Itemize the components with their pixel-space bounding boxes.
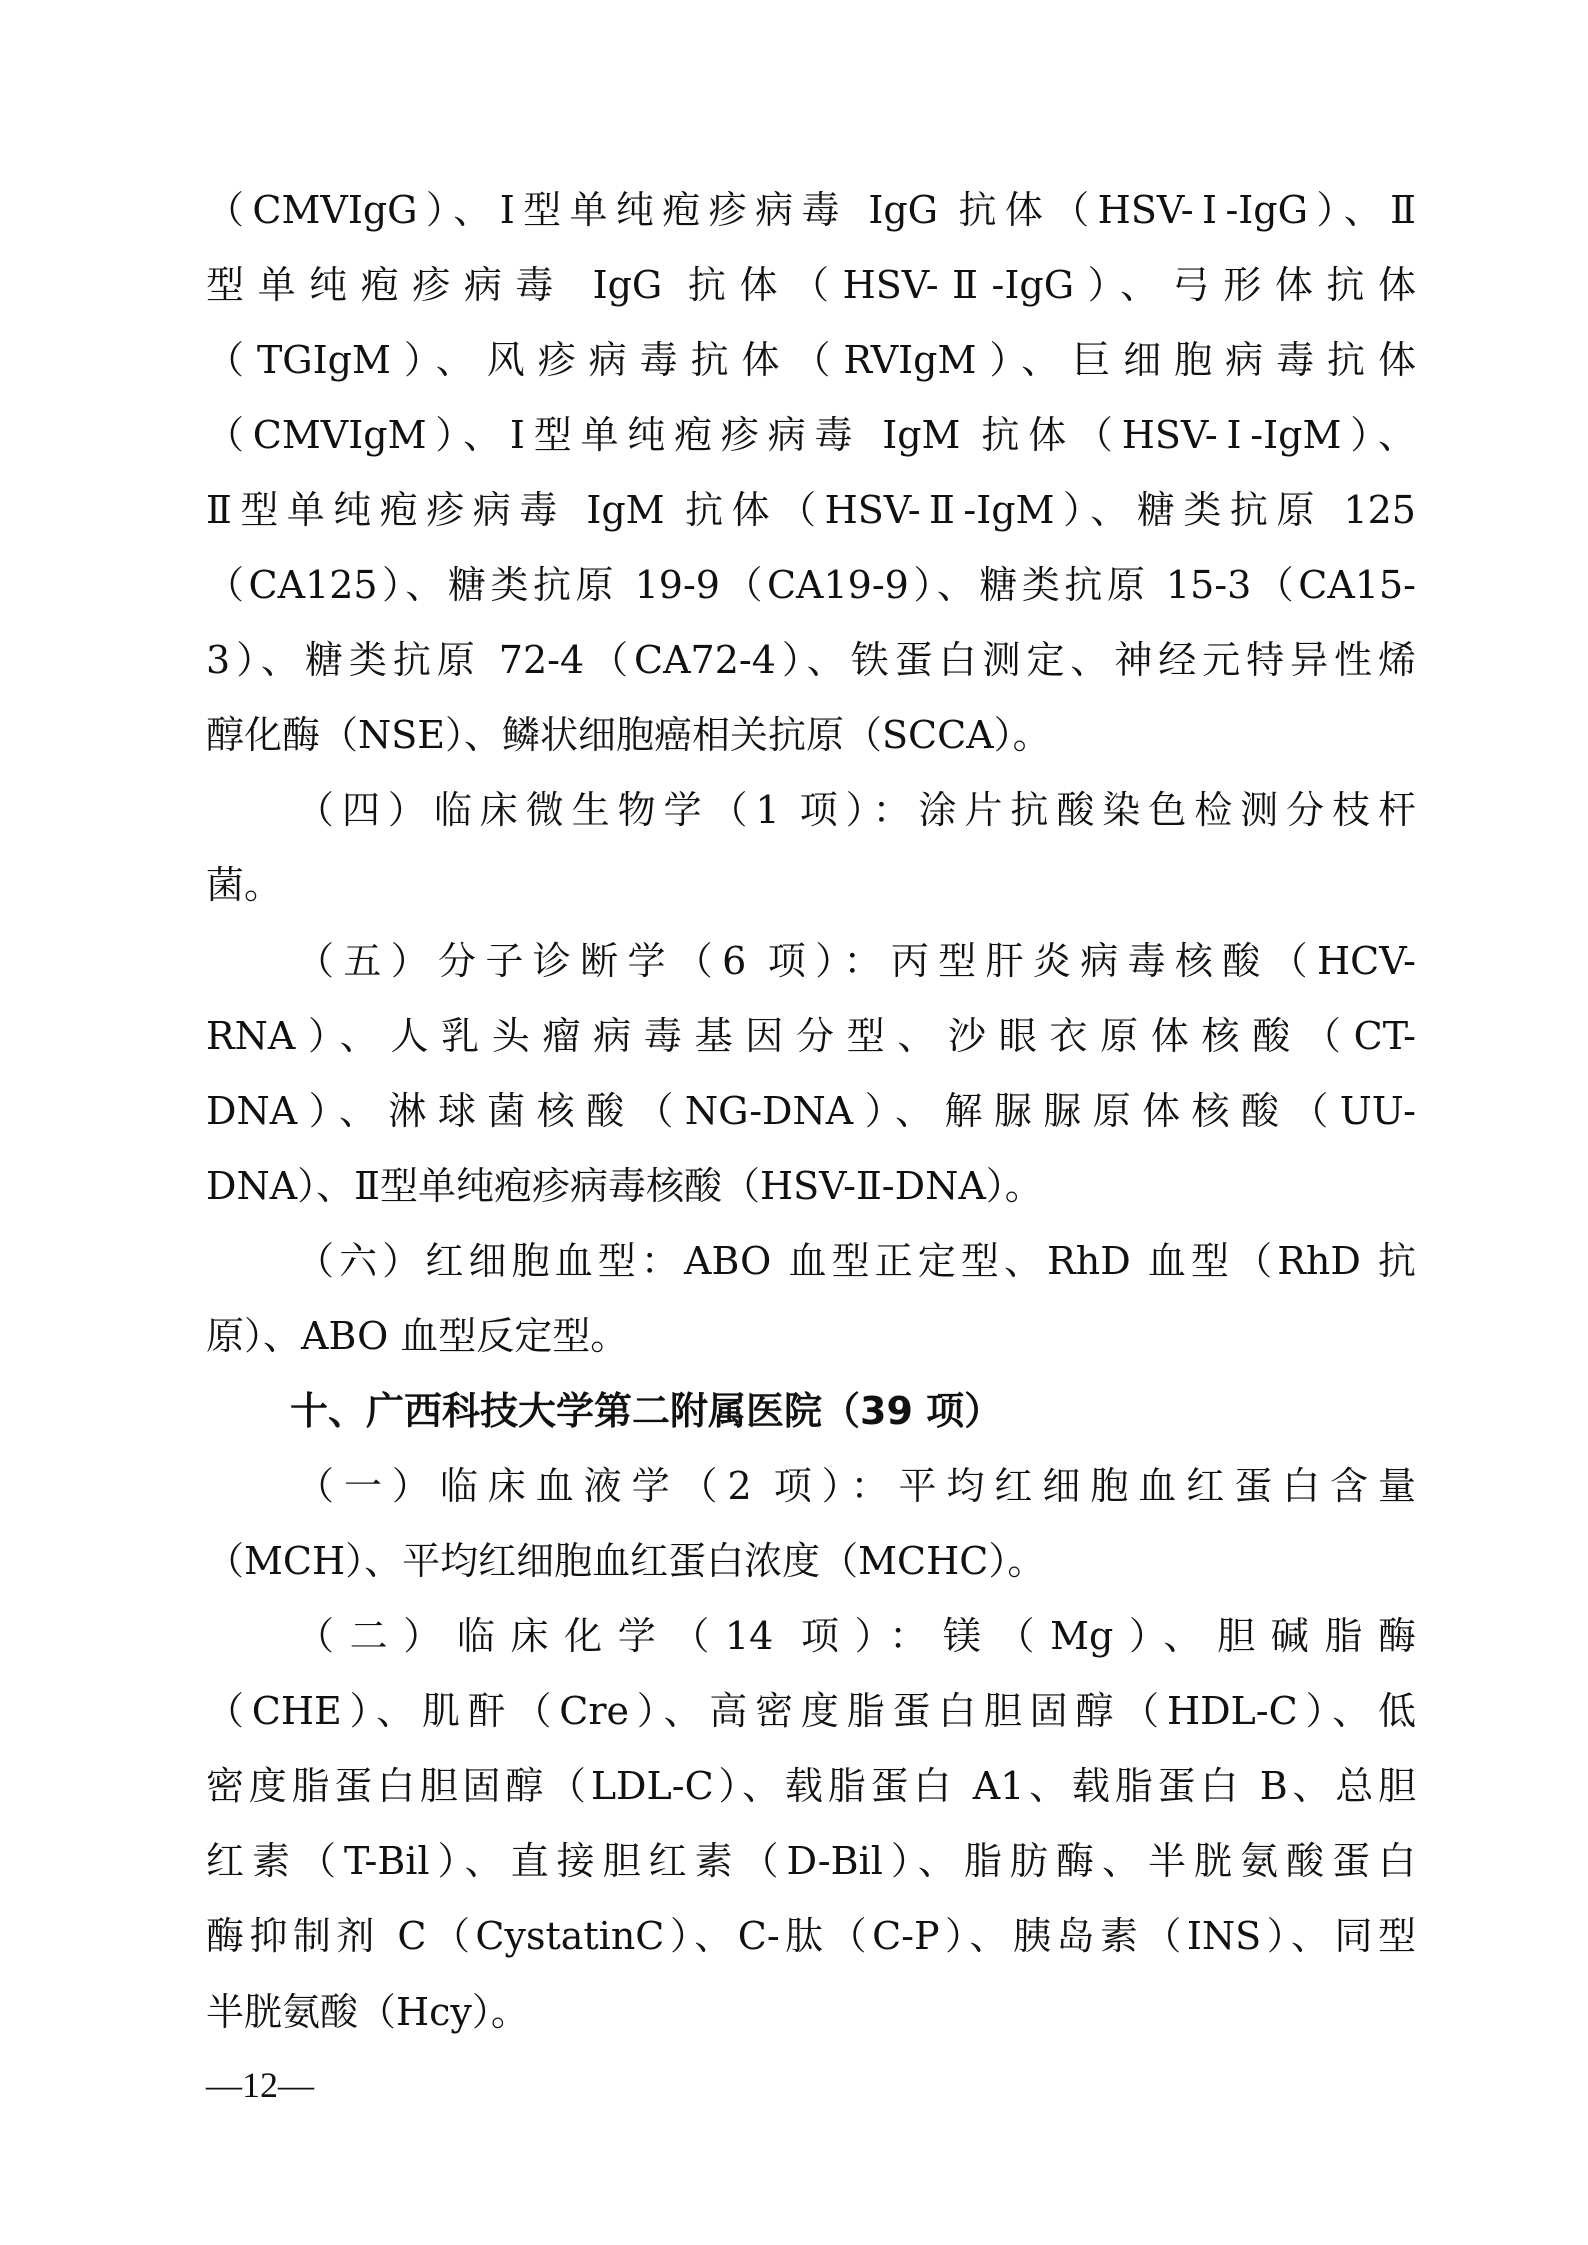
text-line-21: （CHE）、肌酐（Cre）、高密度脂蛋白胆固醇（HDL-C）、低 — [206, 1686, 1416, 1736]
text-line-8: 醇化酶（NSE）、鳞状细胞癌相关抗原（SCCA）。 — [206, 710, 1416, 760]
text-line-22: 密度脂蛋白胆固醇（LDL-C）、载脂蛋白 A1、载脂蛋白 B、总胆 — [206, 1761, 1416, 1811]
text-line-6: （CA125）、糖类抗原 19-9（CA19-9）、糖类抗原 15-3（CA15… — [206, 560, 1416, 610]
text-line-3: （TGIgM）、风疹病毒抗体（RVIgM）、巨细胞病毒抗体 — [206, 335, 1416, 385]
section-hematology: （一）临床血液学（2 项）：平均红细胞血红蛋白含量 — [296, 1461, 1416, 1511]
text-line-5: Ⅱ型单纯疱疹病毒 IgM 抗体（HSV-Ⅱ-IgM）、糖类抗原 125 — [206, 485, 1416, 535]
text-line-2: 型单纯疱疹病毒 IgG 抗体（HSV-Ⅱ-IgG）、弓形体抗体 — [206, 260, 1416, 310]
section-clinical-chemistry: （二）临床化学（14 项）：镁（Mg）、胆碱脂酶 — [296, 1611, 1416, 1661]
section-molecular-diagnostics: （五）分子诊断学（6 项）：丙型肝炎病毒核酸（HCV- — [296, 936, 1416, 986]
page-number: —12— — [206, 2062, 314, 2108]
text-line-1: （CMVIgG）、Ⅰ型单纯疱疹病毒 IgG 抗体（HSV-Ⅰ-IgG）、Ⅱ — [206, 185, 1416, 235]
text-line-19: （MCH）、平均红细胞血红蛋白浓度（MCHC）。 — [206, 1536, 1416, 1586]
hospital-heading: 十、广西科技大学第二附属医院（39 项） — [290, 1386, 1416, 1436]
text-line-23: 红素（T-Bil）、直接胆红素（D-Bil）、脂肪酶、半胱氨酸蛋白 — [206, 1836, 1416, 1886]
text-line-10: 菌。 — [206, 860, 1416, 910]
section-blood-type: （六）红细胞血型：ABO 血型正定型、RhD 血型（RhD 抗 — [296, 1236, 1416, 1286]
text-line-13: DNA）、淋球菌核酸（NG-DNA）、解脲脲原体核酸（UU- — [206, 1086, 1416, 1136]
text-line-12: RNA）、人乳头瘤病毒基因分型、沙眼衣原体核酸（CT- — [206, 1011, 1416, 1061]
text-line-4: （CMVIgM）、Ⅰ型单纯疱疹病毒 IgM 抗体（HSV-Ⅰ-IgM）、 — [206, 410, 1416, 460]
text-line-14: DNA）、Ⅱ型单纯疱疹病毒核酸（HSV-Ⅱ-DNA）。 — [206, 1161, 1416, 1211]
text-line-25: 半胱氨酸（Hcy）。 — [206, 1987, 1416, 2037]
text-line-24: 酶抑制剂 C（CystatinC）、C-肽（C-P）、胰岛素（INS）、同型 — [206, 1911, 1416, 1961]
text-line-7: 3）、糖类抗原 72-4（CA72-4）、铁蛋白测定、神经元特异性烯 — [206, 635, 1416, 685]
section-microbiology: （四）临床微生物学（1 项）：涂片抗酸染色检测分枝杆 — [296, 785, 1416, 835]
document-page: （CMVIgG）、Ⅰ型单纯疱疹病毒 IgG 抗体（HSV-Ⅰ-IgG）、Ⅱ 型单… — [0, 0, 1588, 2245]
text-line-16: 原）、ABO 血型反定型。 — [206, 1311, 1416, 1361]
